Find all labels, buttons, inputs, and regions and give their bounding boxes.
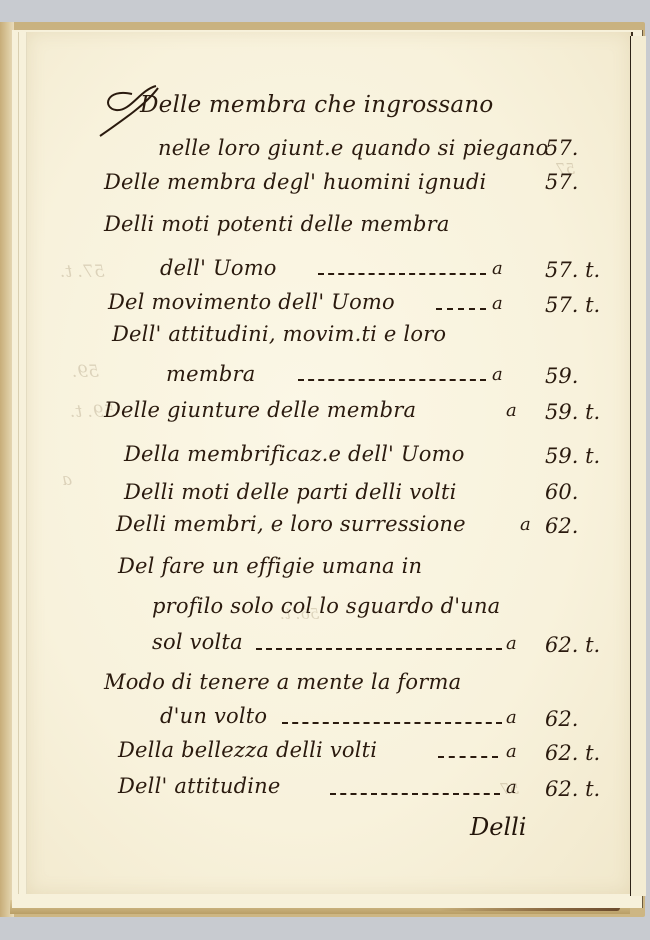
entry-title: Del movimento dell' Uomo — [108, 290, 395, 314]
leader-suffix: a — [492, 258, 503, 279]
manuscript-scene: 57. t. 59. 59. t. a 57 56. t. 57 Delle m… — [0, 0, 650, 940]
leader-suffix: a — [506, 707, 517, 728]
dotted-leader — [256, 648, 502, 650]
leader-suffix: a — [506, 400, 517, 421]
dotted-leader — [436, 308, 486, 310]
entry-title: Delli membri, e loro surressione — [116, 512, 466, 536]
index-entry-continuation: sol volta — [152, 630, 243, 654]
dotted-leader — [438, 756, 498, 758]
entry-title: Delle membra che ingrossano — [140, 92, 493, 118]
page-number: 57. — [545, 136, 578, 160]
leader-suffix: a — [492, 293, 503, 314]
index-entry: Dell' attitudine — [118, 774, 281, 798]
index-entry-continuation: d'un volto — [160, 704, 267, 728]
entry-title: Modo di tenere a mente la forma — [104, 670, 461, 694]
index-entry: Delle membra che ingrossano — [140, 92, 493, 118]
dotted-leader — [282, 722, 502, 724]
leader-suffix: a — [506, 741, 517, 762]
index-entry: Della bellezza delli volti — [118, 738, 377, 762]
entry-continuation: profilo solo col lo sguardo d'una — [152, 594, 500, 618]
leader-suffix: a — [506, 633, 517, 654]
entry-title: Del fare un effigie umana in — [118, 554, 422, 578]
entry-title: Delli moti potenti delle membra — [104, 212, 450, 236]
page-number: 62. — [545, 707, 578, 731]
index-entry: Delli moti potenti delle membra — [104, 212, 450, 236]
index-entry-continuation: membra — [166, 362, 255, 386]
index-entry: Delli moti delle parti delli volti — [124, 480, 457, 504]
page-edge-line — [18, 32, 19, 894]
catchword: Delli — [470, 813, 526, 841]
page-number: 60. — [545, 480, 578, 504]
index-entry: Delle membra degl' huomini ignudi — [104, 170, 486, 194]
page-number: 59. t. — [545, 400, 600, 424]
page-number: 62. — [545, 514, 578, 538]
index-entry: Delli membri, e loro surressione — [116, 512, 466, 536]
page-number: 57. t. — [545, 258, 600, 282]
entry-title: Della bellezza delli volti — [118, 738, 377, 762]
page-number: 59. — [545, 364, 578, 388]
entry-title: Dell' attitudini, movim.ti e loro — [112, 322, 446, 346]
index-entry-continuation: dell' Uomo — [160, 256, 277, 280]
page-number: 59. t. — [545, 444, 600, 468]
leader-suffix: a — [506, 777, 517, 798]
right-leaf-edge — [630, 36, 646, 896]
entry-continuation: sol volta — [152, 630, 243, 654]
index-entry-continuation: nelle loro giunt.e quando si piegano — [158, 136, 549, 160]
index-entry: Modo di tenere a mente la forma — [104, 670, 461, 694]
entry-title: Delle membra degl' huomini ignudi — [104, 170, 486, 194]
entry-continuation: nelle loro giunt.e quando si piegano — [158, 136, 549, 160]
leader-suffix: a — [492, 364, 503, 385]
dotted-leader — [318, 273, 486, 275]
entry-title: Delle giunture delle membra — [104, 398, 416, 422]
page-number: 62. t. — [545, 741, 600, 765]
entry-title: Delli moti delle parti delli volti — [124, 480, 457, 504]
index-entry: Del movimento dell' Uomo — [108, 290, 395, 314]
page-number: 57. — [545, 170, 578, 194]
index-entry: Dell' attitudini, movim.ti e loro — [112, 322, 446, 346]
dotted-leader — [298, 379, 486, 381]
index-entry: Della membrificaz.e dell' Uomo — [124, 442, 465, 466]
index-entry: Del fare un effigie umana in — [118, 554, 422, 578]
index-entry: Delle giunture delle membra — [104, 398, 416, 422]
page-number: 57. t. — [545, 293, 600, 317]
entry-continuation: d'un volto — [160, 704, 267, 728]
index-entry-continuation: profilo solo col lo sguardo d'una — [152, 594, 500, 618]
entry-continuation: dell' Uomo — [160, 256, 277, 280]
page-number: 62. t. — [545, 777, 600, 801]
entry-title: Dell' attitudine — [118, 774, 281, 798]
dotted-leader — [330, 793, 500, 795]
entry-continuation: membra — [166, 362, 255, 386]
page-number: 62. t. — [545, 633, 600, 657]
leader-suffix: a — [520, 514, 531, 535]
entry-title: Della membrificaz.e dell' Uomo — [124, 442, 465, 466]
